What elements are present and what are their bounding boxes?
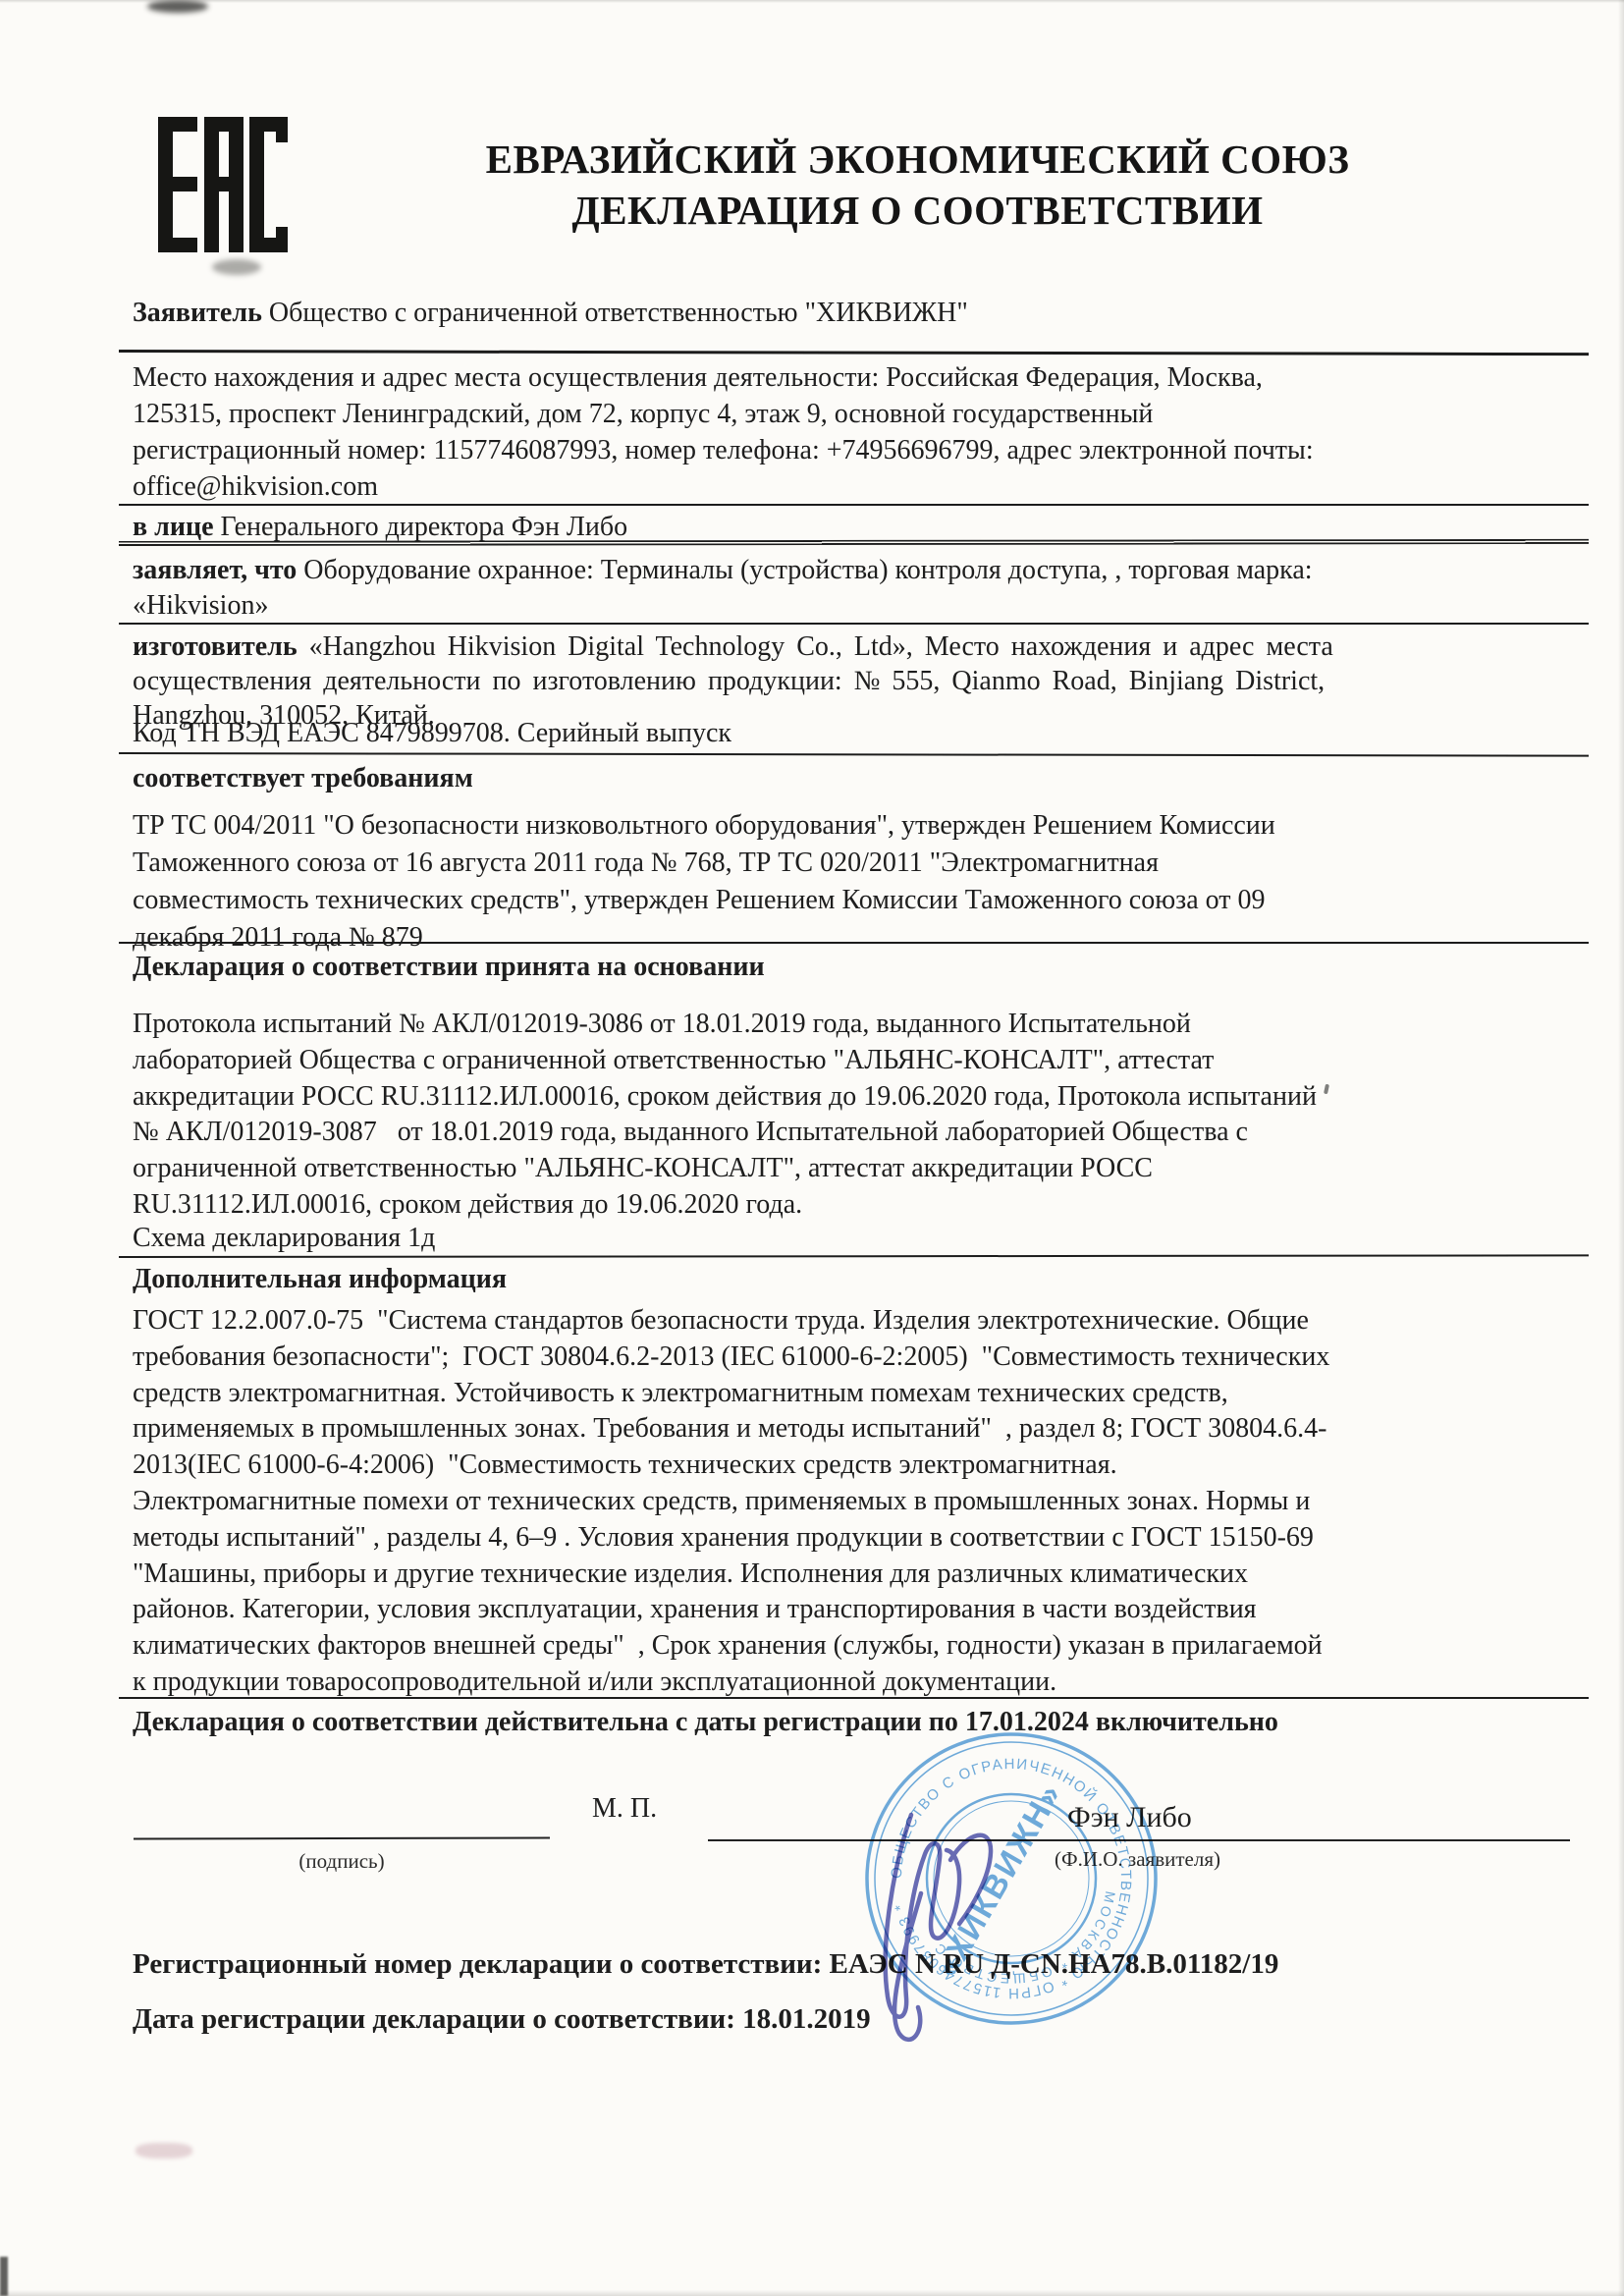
section-divider	[119, 504, 1589, 506]
manufacturer-value: «Hangzhou Hikvision Digital Technology C…	[298, 631, 1333, 662]
additional-line: средств электромагнитная. Устойчивость к…	[133, 1376, 1329, 1412]
applicant-line: Заявитель Общество с ограниченной ответс…	[133, 295, 968, 331]
section-divider	[119, 1254, 1589, 1258]
address-line-email: office@hikvision.com	[133, 468, 1314, 505]
protocol-line: лабораторией Общества с ограниченной отв…	[133, 1043, 1317, 1079]
additional-heading: Дополнительная информация	[133, 1264, 507, 1295]
representative-value: Генерального директора Фэн Либо	[214, 512, 628, 542]
declares-line-2: «Hikvision»	[133, 588, 1313, 624]
protocol-line: Протокола испытаний № АКЛ/012019-3086 от…	[133, 1007, 1317, 1043]
applicant-block: Заявитель Общество с ограниченной ответс…	[133, 295, 968, 331]
eac-logo	[158, 117, 288, 252]
requirement-line: Таможенного союза от 16 августа 2011 год…	[133, 845, 1275, 882]
additional-line: Электромагнитные помехи от технических с…	[133, 1484, 1329, 1520]
additional-line: климатических факторов внешней среды" , …	[133, 1628, 1329, 1665]
manufacturer-line-1: изготовитель «Hangzhou Hikvision Digital…	[133, 629, 1333, 664]
additional-line: методы испытаний" , разделы 4, 6–9 . Усл…	[133, 1520, 1329, 1557]
scan-smudge-top	[147, 0, 208, 13]
additional-line: районов. Категории, условия эксплуатации…	[133, 1592, 1329, 1628]
tnved-line: Код ТН ВЭД ЕАЭС 8479899708. Серийный вып…	[133, 718, 731, 749]
complies-heading: соответствует требованиям	[133, 763, 473, 794]
declares-line-1: заявляет, что Оборудование охранное: Тер…	[133, 553, 1313, 588]
protocol-line: ограниченной ответственностью "АЛЬЯНС-КО…	[133, 1151, 1317, 1187]
additional-line: требования безопасности"; ГОСТ 30804.6.2…	[133, 1339, 1329, 1376]
signature-caption: (подпись)	[134, 1849, 550, 1874]
basis-heading: Декларация о соответствии принята на осн…	[133, 952, 765, 983]
additional-info-block: ГОСТ 12.2.007.0-75 "Система стандартов б…	[133, 1303, 1329, 1701]
handwritten-signature	[825, 1797, 1090, 2052]
title-line-union: ЕВРАЗИЙСКИЙ ЭКОНОМИЧЕСКИЙ СОЮЗ	[314, 134, 1521, 185]
declaration-object-block: заявляет, что Оборудование охранное: Тер…	[133, 553, 1313, 624]
additional-line: ГОСТ 12.2.007.0-75 "Система стандартов б…	[133, 1303, 1329, 1339]
applicant-label: Заявитель	[133, 298, 262, 328]
scan-edge-bottom	[0, 2290, 1624, 2296]
tnved-block: Код ТН ВЭД ЕАЭС 8479899708. Серийный вып…	[133, 718, 731, 749]
signature-line	[134, 1836, 550, 1839]
declares-label: заявляет, что	[133, 555, 297, 585]
scan-mark-corner	[0, 2257, 8, 2296]
section-divider	[119, 539, 1589, 546]
representative-label: в лице	[133, 512, 214, 542]
protocols-block: Протокола испытаний № АКЛ/012019-3086 от…	[133, 1007, 1317, 1224]
requirement-line: совместимость технических средств", утве…	[133, 882, 1275, 919]
address-block: Место нахождения и адрес места осуществл…	[133, 359, 1314, 505]
stamp-place-mark: М. П.	[592, 1793, 657, 1825]
additional-line: "Машины, приборы и другие технические из…	[133, 1557, 1329, 1593]
scan-smudge-bottom	[135, 2143, 192, 2159]
declaration-document-page: ЕВРАЗИЙСКИЙ ЭКОНОМИЧЕСКИЙ СОЮЗ ДЕКЛАРАЦИ…	[0, 0, 1624, 2296]
section-divider	[119, 623, 1589, 625]
scheme-block: Схема декларирования 1д	[133, 1223, 435, 1254]
section-divider	[119, 752, 1589, 757]
section-divider	[119, 1697, 1589, 1699]
title-line-declaration: ДЕКЛАРАЦИЯ О СООТВЕТСТВИИ	[314, 185, 1521, 236]
scan-smudge-under-logo	[212, 259, 261, 275]
scan-speck	[1324, 1084, 1329, 1095]
requirement-line: ТР ТС 004/2011 "О безопасности низковоль…	[133, 807, 1275, 845]
scan-edge-right	[1618, 0, 1624, 2296]
address-line: регистрационный номер: 1157746087993, но…	[133, 432, 1314, 468]
additional-line: 2013(IEC 61000-6-4:2006) "Совместимость …	[133, 1448, 1329, 1484]
applicant-value: Общество с ограниченной ответственностью…	[262, 298, 968, 328]
requirements-block: ТР ТС 004/2011 "О безопасности низковоль…	[133, 807, 1275, 957]
address-line: Место нахождения и адрес места осуществл…	[133, 359, 1314, 396]
section-divider	[119, 350, 1589, 355]
document-title: ЕВРАЗИЙСКИЙ ЭКОНОМИЧЕСКИЙ СОЮЗ ДЕКЛАРАЦИ…	[314, 134, 1521, 236]
declares-value: Оборудование охранное: Терминалы (устрой…	[297, 555, 1312, 585]
section-divider	[119, 942, 1589, 944]
additional-line: применяемых в промышленных зонах. Требов…	[133, 1411, 1329, 1448]
protocol-line: № АКЛ/012019-3087 от 18.01.2019 года, вы…	[133, 1115, 1317, 1151]
manufacturer-line-2: осуществления деятельности по изготовлен…	[133, 664, 1333, 698]
scan-edge-top	[0, 0, 1624, 3]
registration-date-line: Дата регистрации декларации о соответств…	[133, 2003, 871, 2036]
additional-line: к продукции товаросопроводительной и/или…	[133, 1665, 1329, 1701]
protocol-line: RU.31112.ИЛ.00016, сроком действия до 19…	[133, 1187, 1317, 1224]
manufacturer-label: изготовитель	[133, 631, 298, 662]
scheme-line: Схема декларирования 1д	[133, 1223, 435, 1254]
address-line: 125315, проспект Ленинградский, дом 72, …	[133, 396, 1314, 432]
protocol-line: аккредитации РОСС RU.31112.ИЛ.00016, сро…	[133, 1079, 1317, 1116]
